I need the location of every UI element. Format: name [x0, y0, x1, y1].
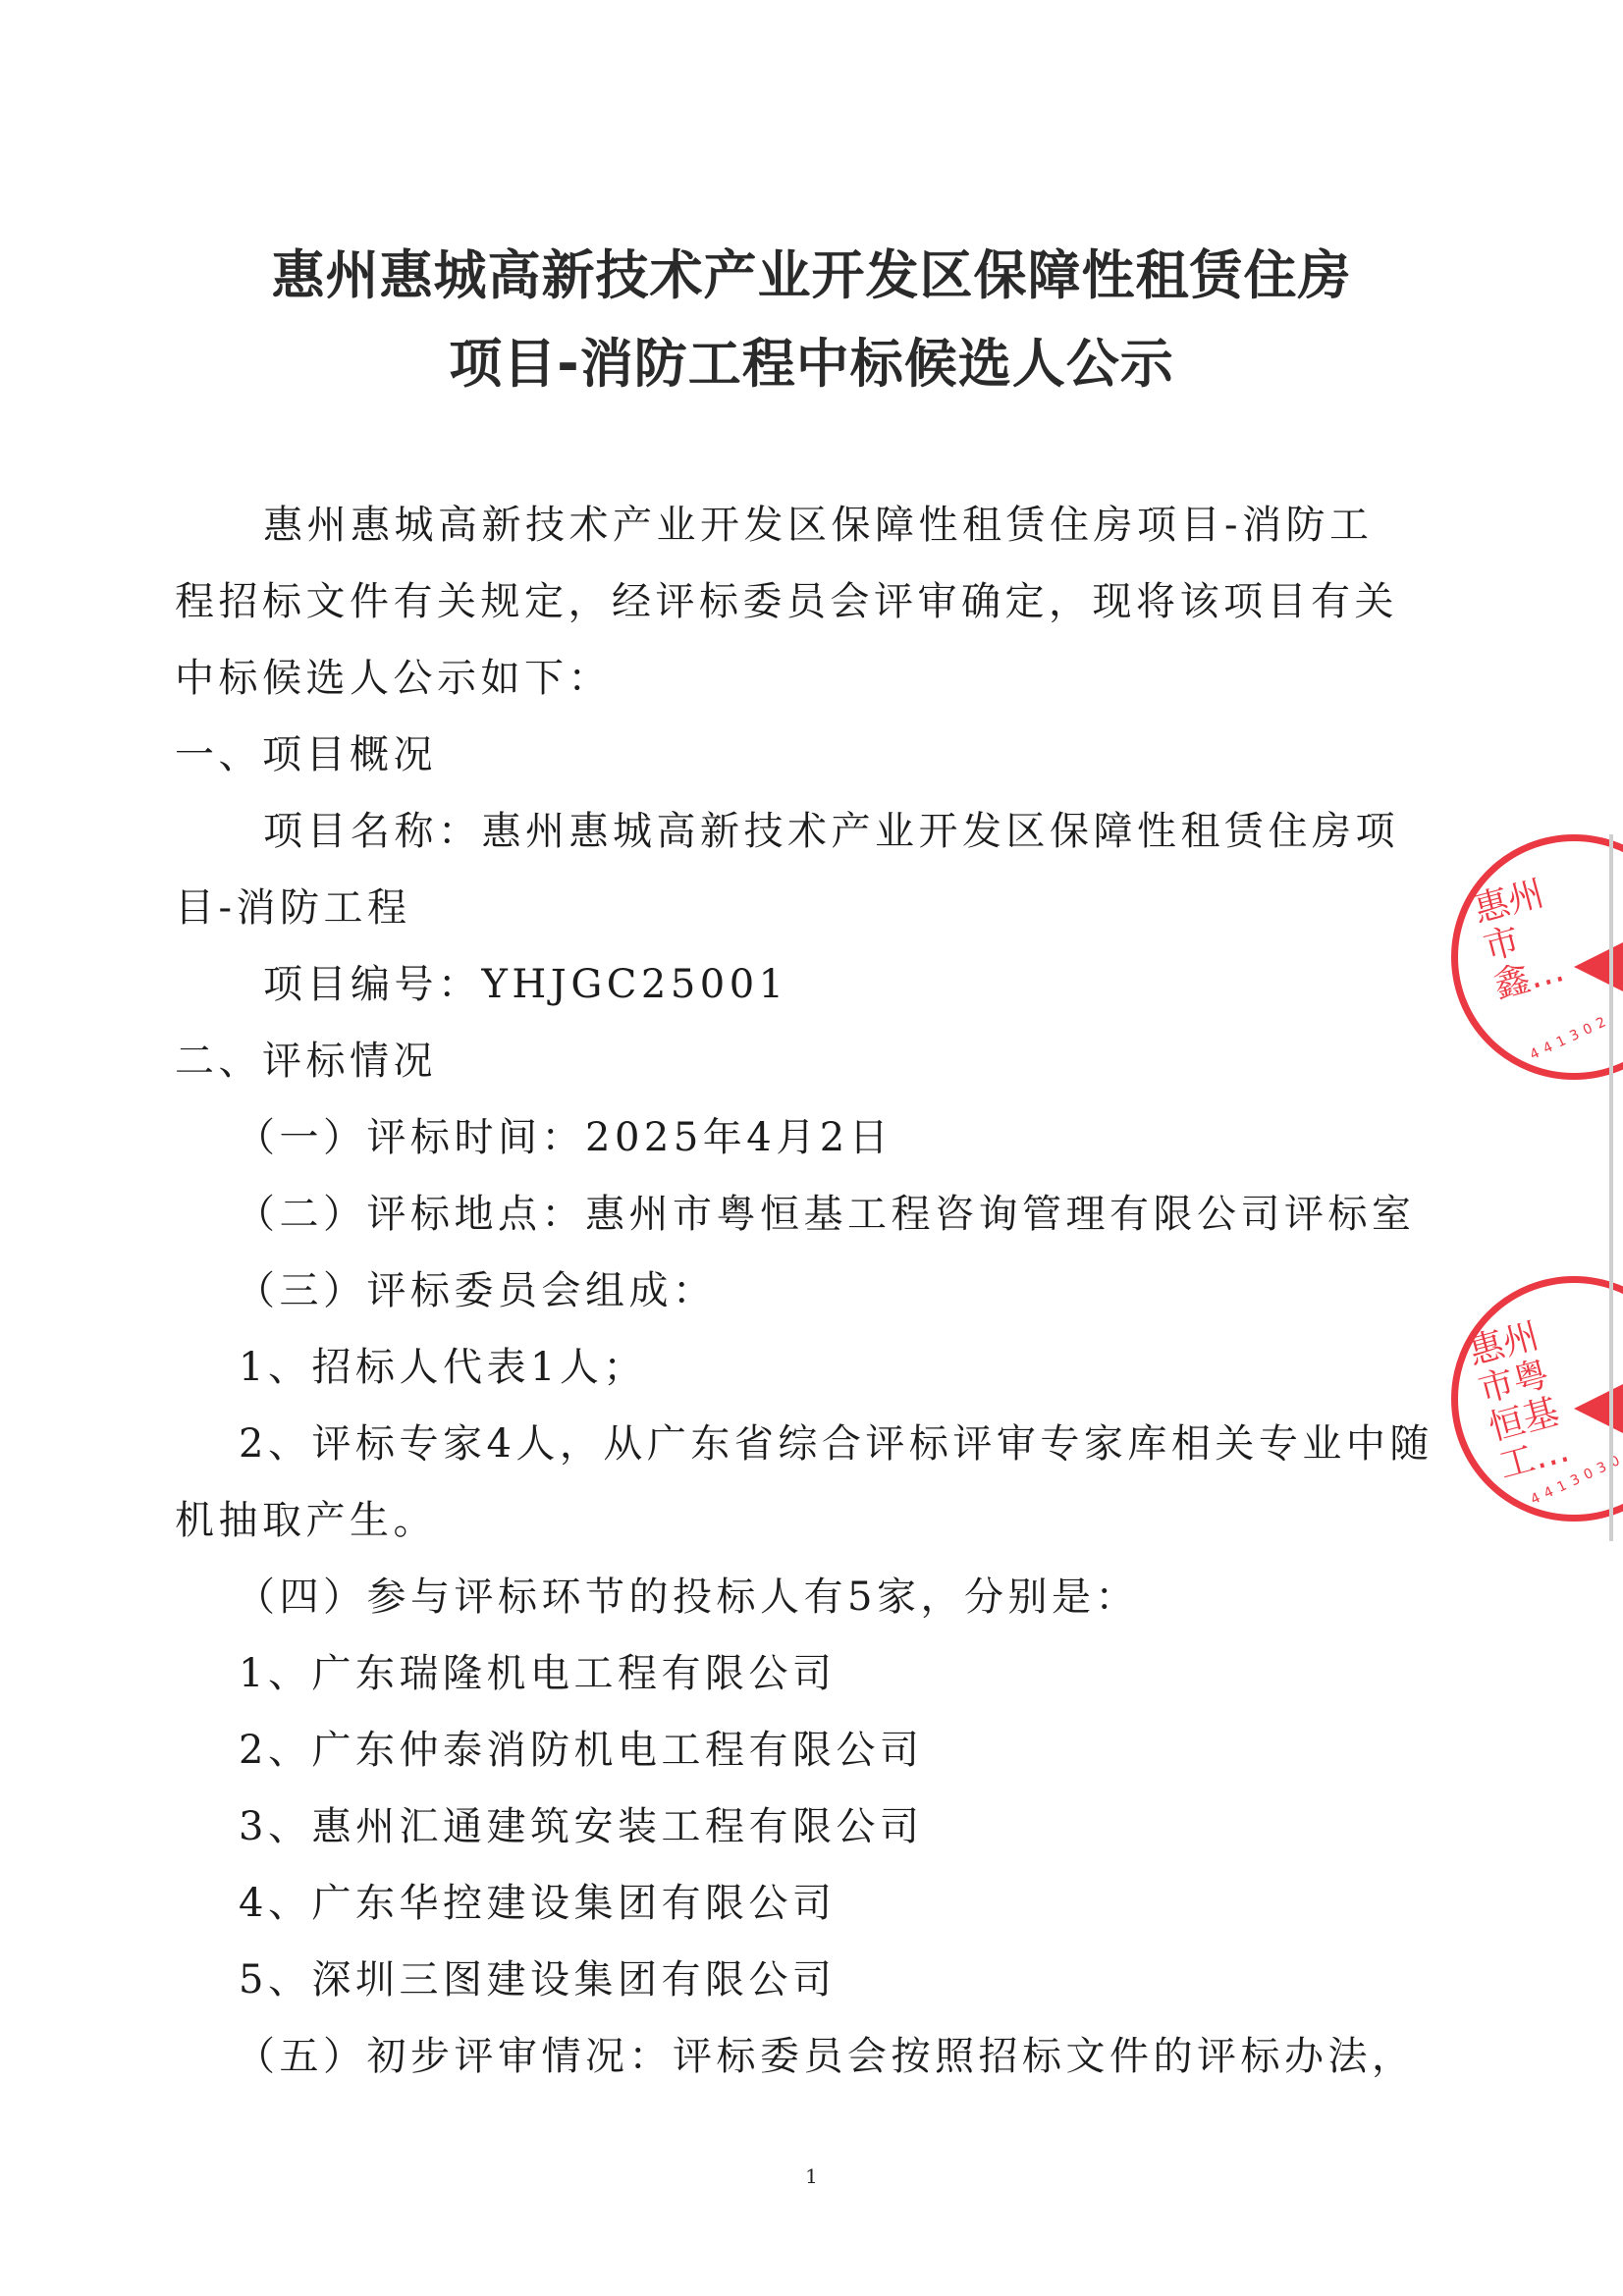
preliminary-review: （五）初步评审情况：评标委员会按照招标文件的评标办法，: [236, 2032, 1416, 2081]
page-edge-shadow: [1609, 834, 1613, 1541]
intro-paragraph-line-1: 惠州惠城高新技术产业开发区保障性租赁住房项目-消防工: [263, 501, 1374, 550]
company-seal-stamp-1: 惠州市鑫… 441302: [1451, 834, 1623, 1080]
bidder-item: 4、广东华控建设集团有限公司: [239, 1879, 836, 1928]
stamp-text: 惠州市粤恒基工…: [1465, 1314, 1582, 1486]
section-2-heading: 二、评标情况: [175, 1037, 437, 1086]
bidders-intro: （四）参与评标环节的投标人有5家，分别是：: [236, 1573, 1139, 1622]
bidder-item: 2、广东仲泰消防机电工程有限公司: [239, 1726, 923, 1775]
committee-item-2-continued: 机抽取产生。: [175, 1496, 437, 1545]
evaluation-time: （一）评标时间：2025年4月2日: [236, 1113, 893, 1162]
stamp-text: 惠州市鑫…: [1470, 873, 1576, 1007]
star-icon: [1574, 1369, 1623, 1448]
project-name-line-2: 目-消防工程: [175, 883, 411, 933]
bidder-item: 5、深圳三图建设集团有限公司: [239, 1955, 836, 2004]
project-number: 项目编号：YHJGC25001: [263, 960, 788, 1009]
evaluation-place: （二）评标地点：惠州市粤恒基工程咨询管理有限公司评标室: [236, 1190, 1416, 1239]
committee-item-1: 1、招标人代表1人；: [239, 1343, 647, 1392]
project-name-line-1: 项目名称：惠州惠城高新技术产业开发区保障性租赁住房项: [263, 807, 1399, 856]
intro-paragraph-line-3: 中标候选人公示如下：: [175, 654, 612, 703]
company-seal-stamp-2: 惠州市粤恒基工… 4413030: [1451, 1276, 1623, 1522]
stamp-code: 441302: [1528, 1012, 1614, 1063]
page-number: 1: [0, 2164, 1623, 2188]
section-1-heading: 一、项目概况: [175, 730, 437, 779]
bidder-item: 1、广东瑞隆机电工程有限公司: [239, 1649, 836, 1698]
committee-item-2: 2、评标专家4人，从广东省综合评标评审专家库相关专业中随: [239, 1419, 1434, 1468]
star-icon: [1574, 928, 1623, 1006]
intro-paragraph-line-2: 程招标文件有关规定，经评标委员会评审确定，现将该项目有关: [175, 577, 1398, 626]
committee-composition: （三）评标委员会组成：: [236, 1266, 717, 1315]
bidder-item: 3、惠州汇通建筑安装工程有限公司: [239, 1802, 923, 1851]
document-title-line-1: 惠州惠城高新技术产业开发区保障性租赁住房: [0, 234, 1623, 309]
document-title-line-2: 项目-消防工程中标候选人公示: [0, 322, 1623, 398]
